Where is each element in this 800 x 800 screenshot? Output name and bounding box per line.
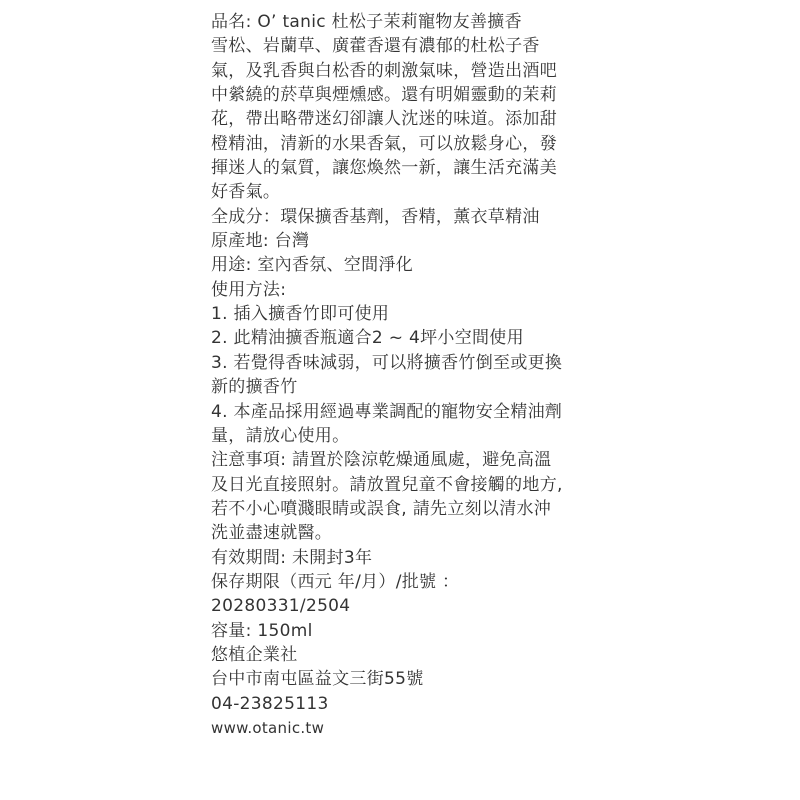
ingredients-label: 全成分： xyxy=(211,207,280,227)
product-name-value: O’ tanic 杜松子茉莉寵物友善擴香 xyxy=(257,12,522,32)
instruction-step: 3. 若覺得香味減弱，可以將擴香竹倒至或更換 xyxy=(211,351,591,375)
product-name-label: 品名: xyxy=(211,12,252,32)
company-name: 悠植企業社 xyxy=(211,643,591,667)
description-line: 橙精油，清新的水果香氣，可以放鬆身心，發 xyxy=(211,132,591,156)
ingredients-line: 全成分：環保擴香基劑，香精，薰衣草精油 xyxy=(211,205,591,229)
description-line: 花，帶出略帶迷幻卻讓人沈迷的味道。添加甜 xyxy=(211,107,591,131)
origin-line: 原產地: 台灣 xyxy=(211,229,591,253)
usage-line: 用途: 室內香氛、空間淨化 xyxy=(211,253,591,277)
company-website: www.otanic.tw xyxy=(211,716,591,740)
expiry-batch-value: 20280331/2504 xyxy=(211,594,591,618)
description-line: 雪松、岩蘭草、廣藿香還有濃郁的杜松子香 xyxy=(211,34,591,58)
instructions-heading: 使用方法: xyxy=(211,278,591,302)
company-address: 台中市南屯區益文三街55號 xyxy=(211,667,591,691)
ingredients-value: 環保擴香基劑，香精，薰衣草精油 xyxy=(280,207,540,227)
precautions-line: 若不小心噴濺眼睛或誤食, 請先立刻以清水沖 xyxy=(211,497,591,521)
usage-value: 室內香氛、空間淨化 xyxy=(257,255,413,275)
precautions-label: 注意事項: xyxy=(211,450,286,470)
usage-label: 用途: xyxy=(211,255,252,275)
instruction-step: 2. 此精油擴香瓶適合2 ~ 4坪小空間使用 xyxy=(211,326,591,350)
shelf-life-line: 有效期間: 未開封3年 xyxy=(211,546,591,570)
instruction-step: 1. 插入擴香竹即可使用 xyxy=(211,302,591,326)
description-line: 揮迷人的氣質，讓您煥然一新，讓生活充滿美 xyxy=(211,156,591,180)
origin-value: 台灣 xyxy=(275,231,310,251)
instruction-step: 4. 本產品採用經過專業調配的寵物安全精油劑 xyxy=(211,400,591,424)
volume-label: 容量: xyxy=(211,621,252,641)
expiry-batch-label: 保存期限（西元 年/月）/批號 ： xyxy=(211,570,591,594)
product-label-document: 品名: O’ tanic 杜松子茉莉寵物友善擴香 雪松、岩蘭草、廣藿香還有濃郁的… xyxy=(211,10,591,740)
precautions-value: 請置於陰涼乾燥通風處，避免高溫 xyxy=(292,450,552,470)
instruction-step: 新的擴香竹 xyxy=(211,375,591,399)
company-phone: 04-23825113 xyxy=(211,692,591,716)
volume-value: 150ml xyxy=(257,621,312,641)
origin-label: 原產地: xyxy=(211,231,269,251)
description-line: 中縈繞的菸草與煙燻感。還有明媚靈動的茉莉 xyxy=(211,83,591,107)
precautions-line: 及日光直接照射。請放置兒童不會接觸的地方, xyxy=(211,473,591,497)
instruction-step: 量，請放心使用。 xyxy=(211,424,591,448)
precautions-line: 洗並盡速就醫。 xyxy=(211,521,591,545)
product-name-line: 品名: O’ tanic 杜松子茉莉寵物友善擴香 xyxy=(211,10,591,34)
description-line: 好香氣。 xyxy=(211,180,591,204)
shelf-life-value: 未開封3年 xyxy=(292,548,372,568)
description-line: 氣，及乳香與白松香的刺激氣味，營造出酒吧 xyxy=(211,59,591,83)
precautions-line: 注意事項: 請置於陰涼乾燥通風處，避免高溫 xyxy=(211,448,591,472)
volume-line: 容量: 150ml xyxy=(211,619,591,643)
shelf-life-label: 有效期間: xyxy=(211,548,286,568)
